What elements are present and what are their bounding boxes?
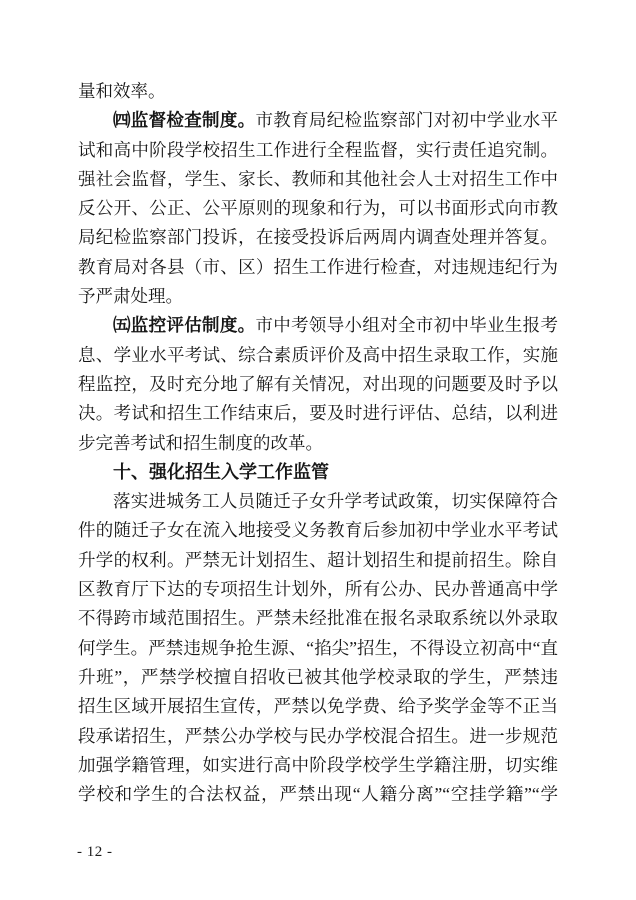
text-segment: 区教育厅下达的专项招生计划外，所有公办、民办普通高中学校 [78, 579, 558, 604]
text-segment: 试和高中阶段学校招生工作进行全程监督，实行责任追究制。加 [78, 140, 558, 165]
text-segment: 反公开、公正、公平原则的现象和行为，可以书面形式向市教育 [78, 198, 558, 223]
text-line: 程监控，及时充分地了解有关情况，对出现的问题要及时予以解 [78, 370, 558, 399]
text-line: 息、学业水平考试、综合素质评价及高中招生录取工作，实施全 [78, 341, 558, 370]
text-line: 落实进城务工人员随迁子女升学考试政策，切实保障符合条 [78, 487, 558, 516]
text-segment: 加强学籍管理，如实进行高中阶段学校学生学籍注册，切实维护 [78, 755, 558, 780]
text-line: 升班”，严禁学校擅自招收已被其他学校录取的学生，严禁违规跨 [78, 663, 558, 692]
lead-phrase: ㈣监督检查制度。 [113, 110, 256, 130]
text-line: 局纪检监察部门投诉，在接受投诉后两周内调查处理并答复。市 [78, 223, 558, 252]
text-segment: 升学的权利。严禁无计划招生、超计划招生和提前招生。除自治 [78, 550, 558, 575]
lead-phrase: ㈤监控评估制度。 [113, 315, 256, 335]
text-segment: 不得跨市域范围招生。严禁未经批准在报名录取系统以外录取任 [78, 608, 558, 633]
text-line: 决。考试和招生工作结束后，要及时进行评估、总结，以利进一 [78, 399, 558, 428]
text-line: 区教育厅下达的专项招生计划外，所有公办、民办普通高中学校 [78, 575, 558, 604]
text-segment: 强社会监督，学生、家长、教师和其他社会人士对招生工作中违 [78, 169, 558, 194]
text-line: ㈣监督检查制度。市教育局纪检监察部门对初中学业水平考 [78, 106, 558, 135]
text-segment: 程监控，及时充分地了解有关情况，对出现的问题要及时予以解 [78, 374, 558, 399]
text-segment: 量和效率。 [78, 81, 166, 101]
text-line: 予严肃处理。 [78, 282, 558, 311]
text-segment: 件的随迁子女在流入地接受义务教育后参加初中学业水平考试和 [78, 520, 558, 545]
text-line: 反公开、公正、公平原则的现象和行为，可以书面形式向市教育 [78, 194, 558, 223]
text-segment: 予严肃处理。 [78, 286, 183, 306]
section-heading: 十、强化招生入学工作监管 [78, 458, 558, 487]
text-segment: 教育局对各县（市、区）招生工作进行检查，对违规违纪行为给 [78, 257, 558, 282]
text-segment: 步完善考试和招生制度的改革。 [78, 433, 323, 453]
text-line: 升学的权利。严禁无计划招生、超计划招生和提前招生。除自治 [78, 546, 558, 575]
page-body: 量和效率。㈣监督检查制度。市教育局纪检监察部门对初中学业水平考试和高中阶段学校招… [78, 77, 558, 809]
text-segment: 息、学业水平考试、综合素质评价及高中招生录取工作，实施全 [78, 345, 558, 370]
text-segment: 局纪检监察部门投诉，在接受投诉后两周内调查处理并答复。市 [78, 227, 558, 252]
text-segment: 学校和学生的合法权益，严禁出现“人籍分离”“空挂学籍”“学 [78, 784, 558, 804]
text-line: 不得跨市域范围招生。严禁未经批准在报名录取系统以外录取任 [78, 604, 558, 633]
text-segment: 何学生。严禁违规争抢生源、“掐尖”招生，不得设立初高中“直 [78, 638, 558, 658]
text-line: 步完善考试和招生制度的改革。 [78, 429, 558, 458]
text-line: 试和高中阶段学校招生工作进行全程监督，实行责任追究制。加 [78, 136, 558, 165]
text-line: 量和效率。 [78, 77, 558, 106]
text-line: 强社会监督，学生、家长、教师和其他社会人士对招生工作中违 [78, 165, 558, 194]
text-line: 何学生。严禁违规争抢生源、“掐尖”招生，不得设立初高中“直 [78, 634, 558, 663]
text-segment: 招生区域开展招生宣传，严禁以免学费、给予奖学金等不正当手 [78, 696, 558, 721]
text-line: 教育局对各县（市、区）招生工作进行检查，对违规违纪行为给 [78, 253, 558, 282]
text-line: 件的随迁子女在流入地接受义务教育后参加初中学业水平考试和 [78, 516, 558, 545]
text-line: ㈤监控评估制度。市中考领导小组对全市初中毕业生报考信 [78, 311, 558, 340]
text-segment: 升班”，严禁学校擅自招收已被其他学校录取的学生，严禁违规跨 [78, 667, 558, 692]
text-segment: 落实进城务工人员随迁子女升学考试政策，切实保障符合条 [78, 491, 558, 516]
text-line: 加强学籍管理，如实进行高中阶段学校学生学籍注册，切实维护 [78, 751, 558, 780]
text-line: 招生区域开展招生宣传，严禁以免学费、给予奖学金等不正当手 [78, 692, 558, 721]
document-page: 量和效率。㈣监督检查制度。市教育局纪检监察部门对初中学业水平考试和高中阶段学校招… [0, 0, 636, 900]
text-line: 学校和学生的合法权益，严禁出现“人籍分离”“空挂学籍”“学 [78, 780, 558, 809]
text-segment: 段承诺招生，严禁公办学校与民办学校混合招生。进一步规范和 [78, 726, 558, 751]
lead-phrase: 十、强化招生入学工作监管 [113, 462, 329, 482]
text-segment: 决。考试和招生工作结束后，要及时进行评估、总结，以利进一 [78, 403, 558, 428]
page-number: - 12 - [77, 844, 113, 861]
text-line: 段承诺招生，严禁公办学校与民办学校混合招生。进一步规范和 [78, 722, 558, 751]
